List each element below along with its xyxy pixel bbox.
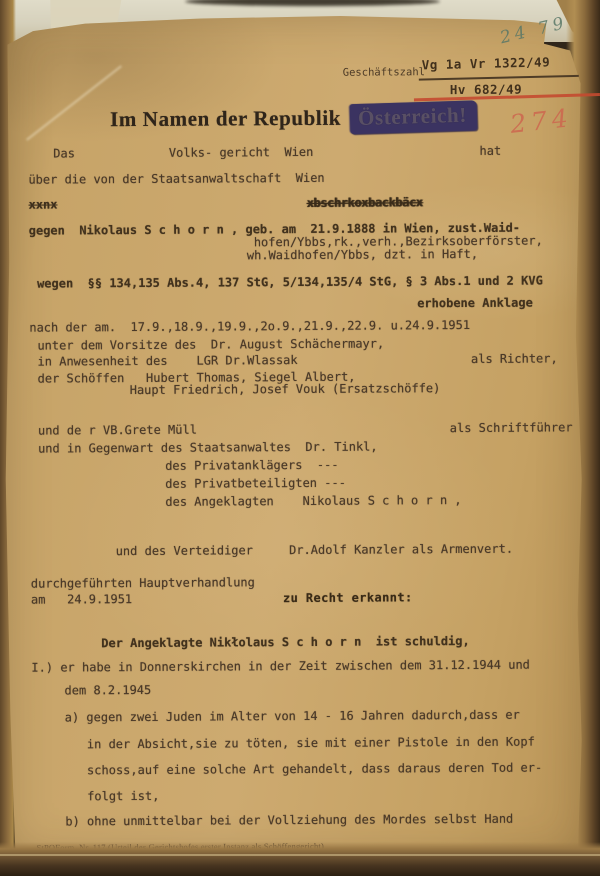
case-number-primary: Vg 1a Vr 1322/49 xyxy=(422,54,551,72)
typewritten-line: durchgeführten Hauptverhandlung xyxy=(31,576,255,591)
typewritten-line: a) gegen zwei Juden im Alter von 14 - 16… xyxy=(65,709,520,726)
redacted-word: Österreich! xyxy=(358,103,468,130)
typewritten-line: schoss,auf eine solche Art gehandelt, da… xyxy=(87,762,542,779)
typewritten-line: und des Verteidiger Dr.Adolf Kanzler als… xyxy=(116,543,513,559)
typewritten-line: über die von der Staatsanwaltschaft Wien xyxy=(28,172,324,188)
typewritten-line: erhobene Anklage xyxy=(417,297,533,312)
typewritten-line: folgt ist, xyxy=(87,790,159,804)
typewritten-line: unter dem Vorsitze des Dr. August Schäch… xyxy=(37,337,384,353)
title-text: Im Namen der Republik xyxy=(110,105,341,131)
typewritten-line: dem 8.2.1945 xyxy=(65,684,152,698)
case-label: Geschäftszahl xyxy=(343,66,425,79)
typewritten-line: wegen §§ 134,135 Abs.4, 137 StG, 5/134,1… xyxy=(37,275,543,292)
typewritten-line: am 24.9.1951 xyxy=(31,593,132,607)
typewritten-line: b) ohne unmittelbar bei der Vollziehung … xyxy=(65,813,513,830)
stacked-pages-bottom xyxy=(0,842,600,876)
typewritten-line: xbschrkoxbackbäcx xyxy=(307,196,423,211)
typewritten-line: in Anwesenheit des LGR Dr.Wlassak als Ri… xyxy=(37,352,557,369)
typewritten-line: und de r VB.Grete Müll als Schriftführer xyxy=(38,421,573,438)
typewritten-line: und in Gegenwart des Staatsanwaltes Dr. … xyxy=(38,441,378,457)
typewritten-line: des Privatanklägers --- xyxy=(165,459,338,474)
typewritten-line: nach der am. 17.9.,18.9.,19.9.,2o.9.,21.… xyxy=(29,319,470,335)
stacked-pages-edge-highlight xyxy=(0,854,600,856)
case-number-underline xyxy=(419,75,579,81)
red-page-number: 274 xyxy=(509,103,575,139)
typewritten-line: wh.Waidhofen/Ybbs, dzt. in Haft, xyxy=(247,248,478,263)
typewritten-line: in der Absicht,sie zu töten, sie mit ein… xyxy=(87,736,535,753)
typewritten-line: des Angeklagten Nikolaus S c h o r n , xyxy=(165,494,461,510)
typewritten-line: Das Volks- gericht Wien hat xyxy=(53,145,501,162)
typewritten-line: Der Angeklagte Nikłolaus S c h o r n ist… xyxy=(101,635,470,651)
document-title: Im Namen der Republik Österreich! xyxy=(110,102,477,134)
document-content: 24 79 Geschäftszahl Vg 1a Vr 1322/49 Hv … xyxy=(0,0,600,876)
photographed-document: 24 79 Geschäftszahl Vg 1a Vr 1322/49 Hv … xyxy=(0,0,600,876)
typewritten-line: I.) er habe in Donnerskirchen in der Zei… xyxy=(31,659,530,676)
typewritten-line: xxnx xyxy=(29,198,58,212)
typewritten-line: des Privatbeteiligten --- xyxy=(165,477,346,492)
ink-redaction: Österreich! xyxy=(350,100,478,134)
pencil-note: 24 79 xyxy=(498,13,569,48)
typewritten-line: zu Recht erkannt: xyxy=(283,591,413,606)
typewritten-line: Haupt Friedrich, Josef Vouk (Ersatzschöf… xyxy=(130,382,441,398)
